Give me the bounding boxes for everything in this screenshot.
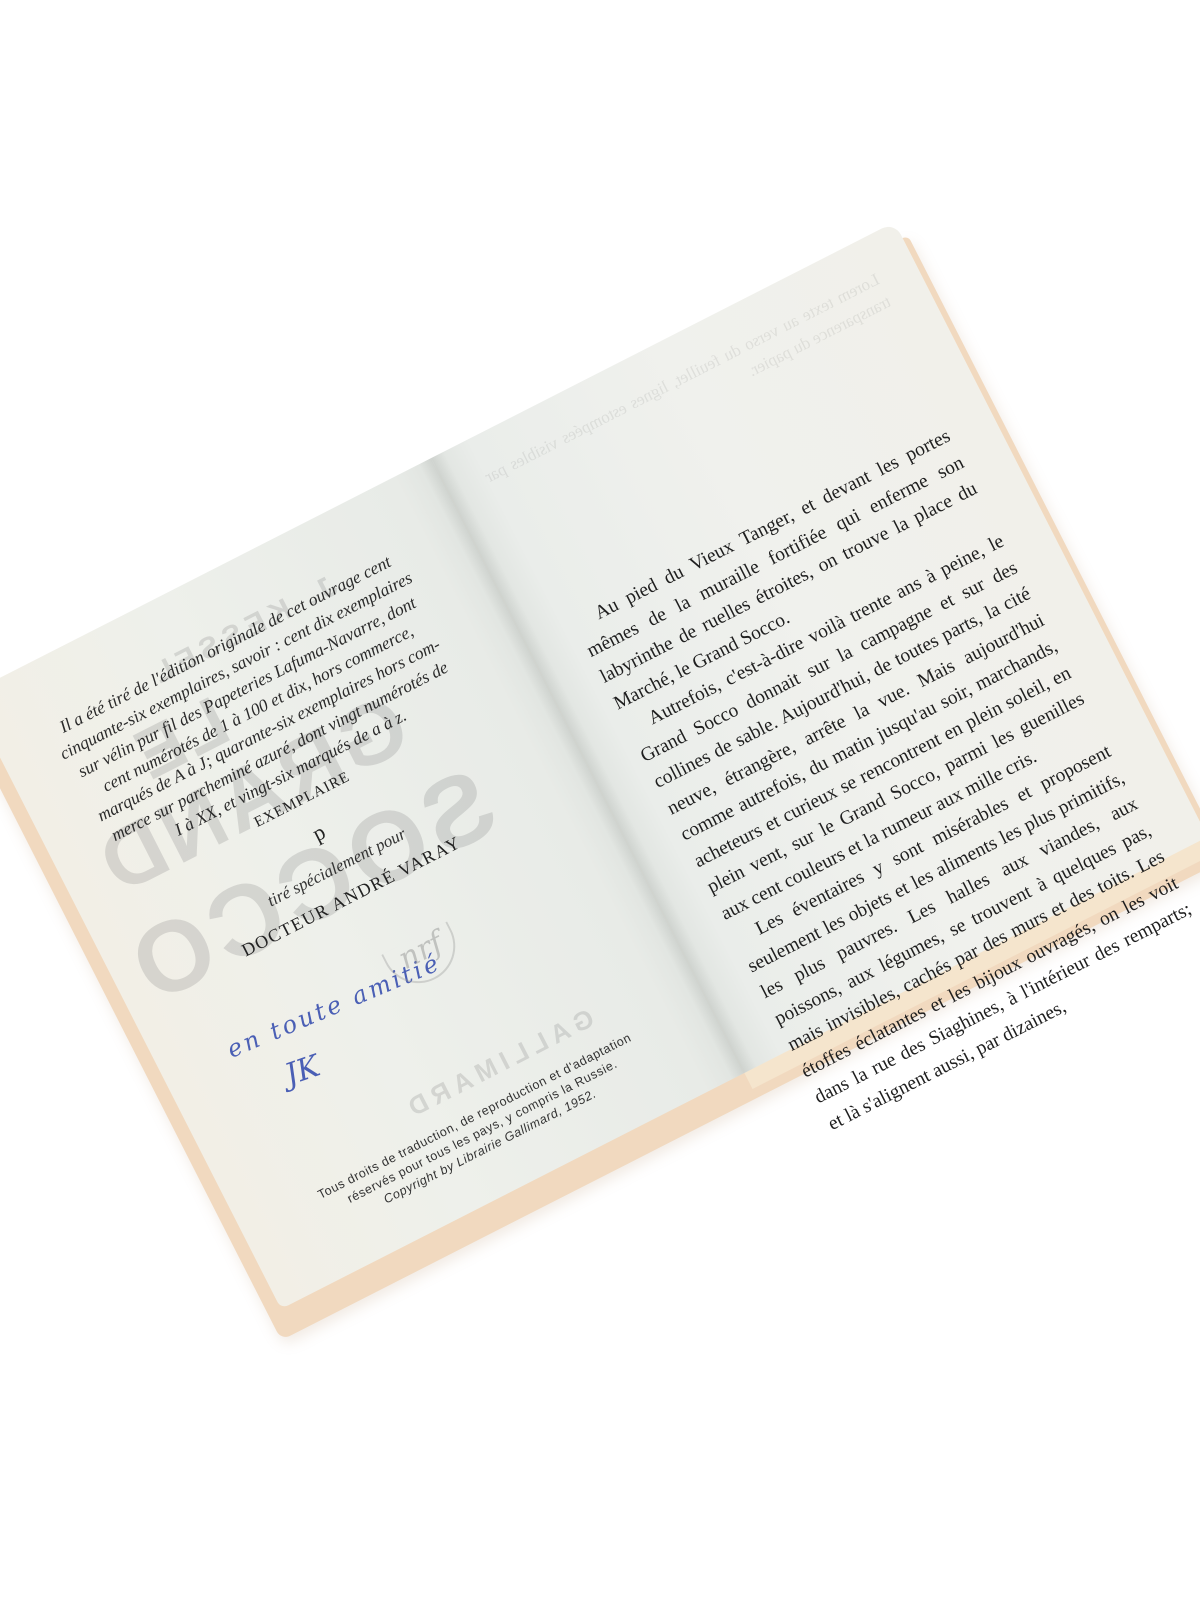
handwritten-signature: JK [280,1049,324,1093]
copyright-line: Tous droits de traduction, de reproducti… [257,1000,692,1233]
photo-scene: J. KESSEL LE GRAND SOCCO GALLIMARD Il a … [0,0,1200,1600]
show-through-text: Lorem texte au verso du feuillet, lignes… [480,267,895,511]
open-book: J. KESSEL LE GRAND SOCCO GALLIMARD Il a … [0,222,1200,1318]
